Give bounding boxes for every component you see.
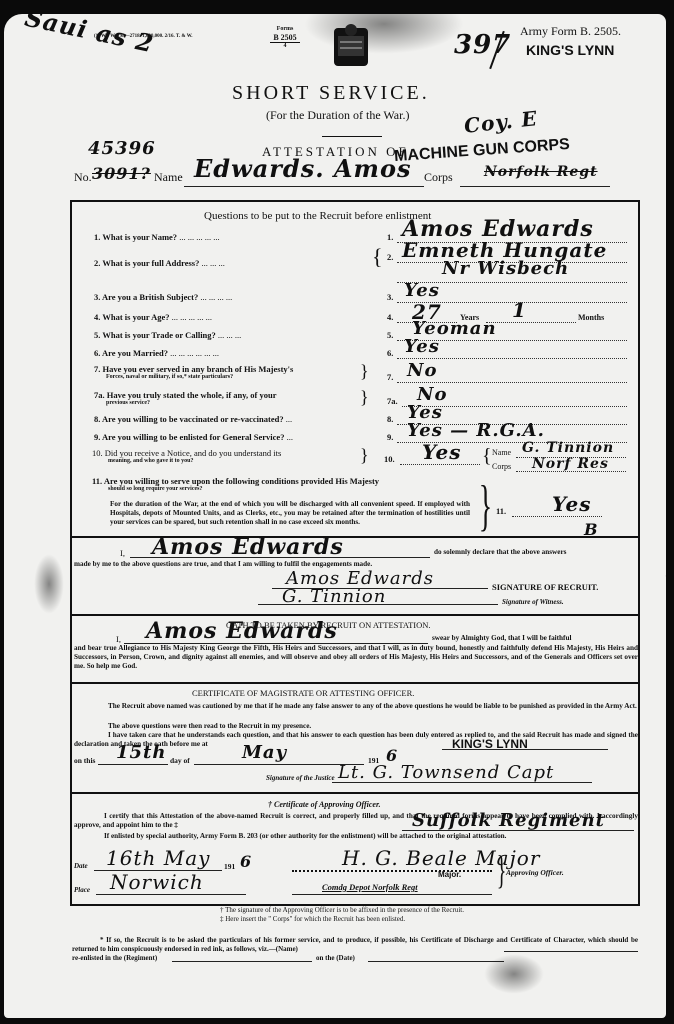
- handwritten-company: Coy. E: [463, 106, 539, 138]
- question-3: 3. Are you a British Subject? ... ... ..…: [94, 292, 232, 302]
- magistrate-divider: [72, 682, 638, 684]
- answer-4-num: 4.: [387, 312, 393, 322]
- footnote-date-line: [368, 961, 504, 962]
- forms-number: B 2505: [270, 33, 300, 43]
- approving-divider: [72, 792, 638, 794]
- place-line: [96, 894, 246, 895]
- answer-6-married: Yes: [404, 336, 440, 357]
- corps-label: Corps: [424, 170, 453, 185]
- question-1: 1. What is your Name? ... ... ... ... ..…: [94, 232, 220, 242]
- forms-label: Forms: [270, 26, 300, 32]
- magistrate-signature: Lt. G. Townsend Capt: [338, 762, 554, 783]
- answer-11-num: 11.: [496, 506, 506, 516]
- handwritten-service-number: 45396: [88, 138, 156, 159]
- footnote-regiment-line: [172, 961, 312, 962]
- attestation-box: Questions to be put to the Recruit befor…: [70, 200, 640, 906]
- royal-crest-icon: [330, 22, 372, 70]
- notice-corps-label: Corps: [492, 462, 511, 471]
- notice-name-label: Name: [492, 448, 511, 457]
- approving-note-2: ‡ Here insert the " Corps" for which the…: [220, 915, 640, 923]
- brace: }: [479, 478, 492, 534]
- approval-year-value: 6: [240, 852, 252, 871]
- approving-p2: If enlisted by special authority, Army F…: [74, 832, 638, 841]
- title-rule: [322, 136, 382, 137]
- approval-year-prefix: 191: [224, 862, 235, 871]
- day-value: 15th: [116, 742, 166, 763]
- answer-7-num: 7.: [387, 372, 393, 382]
- month-value: May: [242, 742, 287, 763]
- declaration-name: Amos Edwards: [152, 534, 344, 560]
- brace: }: [360, 388, 369, 406]
- forms-sub: 4: [270, 43, 300, 49]
- scan-smudge: [34, 554, 64, 614]
- oath-name: Amos Edwards: [146, 618, 338, 644]
- officer-unit-line: [292, 894, 492, 895]
- margin-tick: ✓: [662, 564, 666, 585]
- question-8: 8. Are you willing to be vaccinated or r…: [94, 414, 292, 424]
- footnote-regiment-label: re-enlisted in the (Regiment): [72, 954, 157, 963]
- answer-3-num: 3.: [387, 292, 393, 302]
- approval-place: Norwich: [110, 870, 204, 894]
- answer-9-num: 9.: [387, 432, 393, 442]
- question-7: 7. Have you ever served in any branch of…: [94, 364, 293, 380]
- answer-10-num: 10.: [384, 454, 395, 464]
- question-6: 6. Are you Married? ... ... ... ... ... …: [94, 348, 219, 358]
- attestation-form-page: Saui as 2 (1) Wt. W. 798—2718. 1,000,000…: [4, 14, 666, 1018]
- notice-corps-value: Norf Res: [532, 456, 609, 472]
- answer-4-months: 1: [512, 298, 527, 322]
- answer-10-line: [400, 464, 480, 465]
- oath-text-first: swear by Almighty God, that I will be fa…: [432, 634, 642, 643]
- answer-7-line: [397, 382, 627, 383]
- scan-smudge: [484, 954, 544, 994]
- date-label: Date: [74, 862, 88, 870]
- witness-signature-label: Signature of Witness.: [502, 598, 564, 606]
- day-of-label: day of: [170, 756, 190, 765]
- printer-line: (1) Wt. W. 798—2718. 1,000,000. 2/16. T.…: [94, 34, 192, 39]
- answer-9-general-service: Yes — R.G.A.: [407, 420, 545, 441]
- answer-6-line: [397, 358, 627, 359]
- footnote-date-label: on the (Date): [316, 954, 355, 963]
- oath-divider: [72, 614, 638, 616]
- struck-corps: Norfolk Regt: [484, 164, 598, 180]
- answer-10-notice: Yes: [422, 440, 462, 464]
- answer-5-num: 5.: [387, 330, 393, 340]
- corps-underline: [460, 186, 610, 187]
- name-label: Name: [154, 170, 183, 185]
- no-label: No.: [74, 170, 92, 185]
- answer-2-num: 2.: [387, 252, 393, 262]
- appointed-corps: Suffolk Regiment: [412, 810, 605, 831]
- approving-officer-label: Approving Officer.: [506, 868, 564, 877]
- army-form-label: Army Form B. 2505.: [520, 24, 621, 39]
- answer-1-num: 1.: [387, 232, 393, 242]
- brace: {: [372, 246, 383, 268]
- place-label: Place: [74, 886, 90, 894]
- form-subtitle: (For the Duration of the War.): [266, 108, 409, 123]
- brace: }: [360, 446, 369, 464]
- question-4: 4. What is your Age? ... ... ... ... ...: [94, 312, 212, 322]
- question-10: 10. Did you receive a Notice, and do you…: [92, 448, 281, 464]
- machine-gun-corps-stamp: MACHINE GUN CORPS: [394, 136, 571, 166]
- brace: }: [360, 362, 369, 380]
- brace: }: [497, 850, 507, 890]
- scan-smudge: [304, 14, 464, 54]
- answer-7-served: No: [407, 360, 437, 381]
- magistrate-p1: The Recruit above named was cautioned by…: [74, 702, 638, 711]
- approval-date: 16th May: [106, 846, 210, 870]
- answer-2-address-line2: Nr Wisbech: [442, 258, 569, 279]
- service-conditions: For the duration of the War, at the end …: [110, 500, 470, 527]
- oath-text: and bear true Allegiance to His Majesty …: [74, 644, 638, 671]
- officer-stamp-unit: Comdg Depot Norfolk Regt: [322, 882, 418, 892]
- answer-8-num: 8.: [387, 414, 393, 424]
- approving-note-1: † The signature of the Approving Officer…: [220, 906, 640, 914]
- recruit-signature-label: SIGNATURE OF RECRUIT.: [492, 582, 598, 592]
- name-handwritten: Edwards. Amos: [194, 154, 411, 183]
- question-2: 2. What is your full Address? ... ... ..…: [94, 258, 225, 268]
- answer-4-months-line: [486, 322, 576, 323]
- question-5: 5. What is your Trade or Calling? ... ..…: [94, 330, 241, 340]
- answer-6-num: 6.: [387, 348, 393, 358]
- day-line: [98, 764, 168, 765]
- brace: {: [482, 446, 492, 466]
- magistrate-p2: The above questions were then read to th…: [108, 722, 628, 731]
- attestation-place-stamp: KING'S LYNN: [452, 737, 528, 751]
- months-label: Months: [578, 313, 604, 322]
- questions-heading: Questions to be put to the Recruit befor…: [204, 210, 431, 222]
- name-underline: [184, 186, 424, 187]
- notice-name-value: G. Tinnion: [522, 440, 614, 456]
- officer-signature: H. G. Beale Major: [342, 846, 540, 870]
- struck-number: 3091?: [92, 164, 151, 183]
- question-11: 11. Are you willing to serve upon the fo…: [92, 476, 379, 492]
- witness-signature: G. Tinnion: [282, 586, 386, 607]
- oath-prefix: I,: [116, 634, 121, 644]
- magistrate-heading: CERTIFICATE OF MAGISTRATE OR ATTESTING O…: [192, 688, 414, 698]
- officer-signature-line: [292, 870, 492, 872]
- kings-lynn-stamp: KING'S LYNN: [526, 42, 614, 58]
- question-7a: 7a. Have you truly stated the whole, if …: [94, 390, 277, 406]
- form-title: SHORT SERVICE.: [232, 82, 430, 105]
- officer-stamp-title: Major.: [438, 870, 461, 879]
- magistrate-signature-label: Signature of the Justice: [266, 774, 335, 782]
- answer-7a-num: 7a.: [387, 396, 398, 406]
- answer-3-british: Yes: [404, 280, 440, 301]
- declaration-text-1: do solemnly declare that the above answe…: [434, 548, 634, 557]
- answer-11-line: [512, 516, 602, 517]
- declaration-prefix: I,: [120, 548, 125, 558]
- footnote-name-line: [504, 951, 638, 952]
- question-9: 9. Are you willing to be enlisted for Ge…: [94, 432, 293, 442]
- answer-11-willing: Yes: [552, 492, 592, 516]
- approving-heading: † Certificate of Approving Officer.: [268, 800, 381, 809]
- on-this-label: on this: [74, 756, 95, 765]
